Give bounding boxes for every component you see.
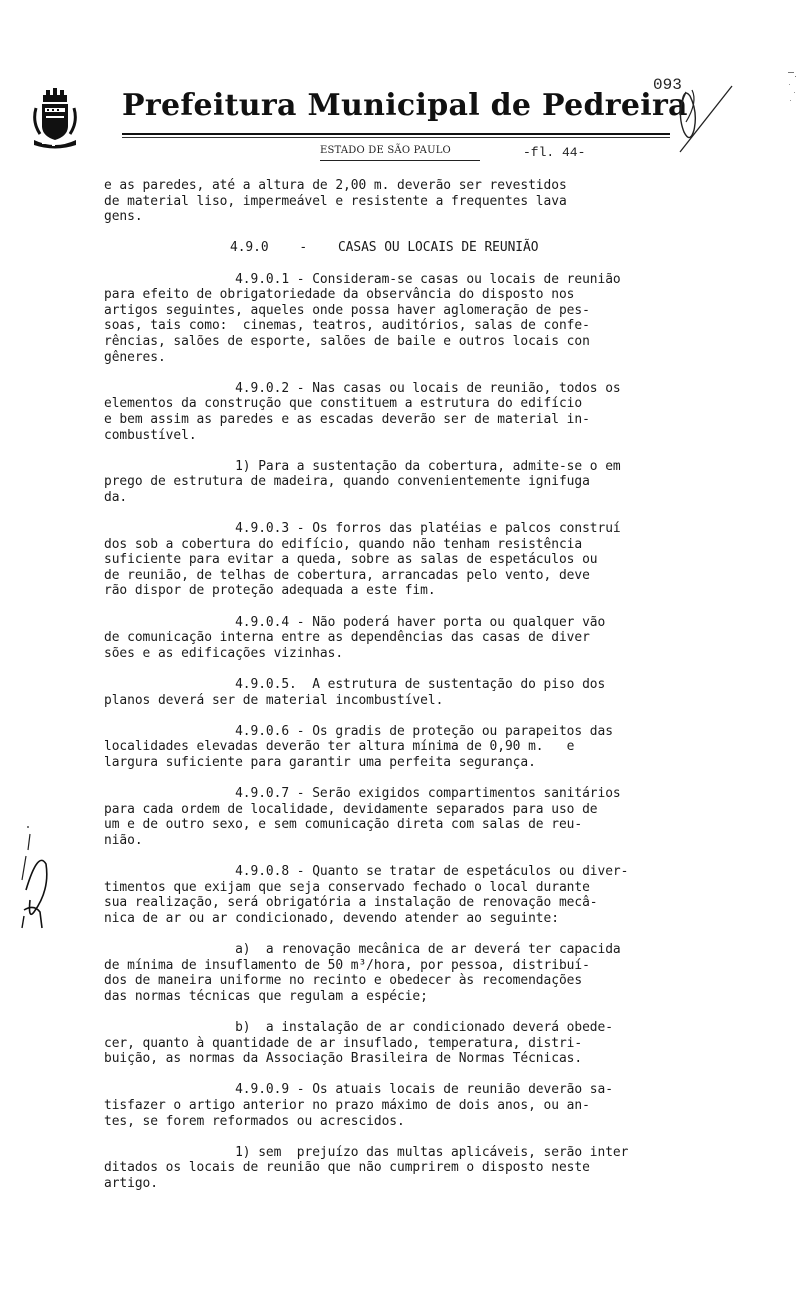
line: 4.9.0.4 - Não poderá haver porta ou qual… — [104, 615, 605, 630]
paragraph-continuation: e as paredes, até a altura de 2,00 m. de… — [104, 178, 724, 225]
paragraph-4-9-0-6: 4.9.0.6 - Os gradis de proteção ou parap… — [104, 724, 724, 771]
line: um e de outro sexo, e sem comunicação di… — [104, 817, 582, 832]
line: de comunicação interna entre as dependên… — [104, 630, 590, 645]
paragraph-4-9-0-2: 4.9.0.2 - Nas casas ou locais de reunião… — [104, 381, 724, 443]
state-subtitle: ESTADO DE SÃO PAULO — [320, 145, 451, 156]
line: artigos seguintes, aqueles onde possa ha… — [104, 303, 590, 318]
line: suficiente para evitar a queda, sobre as… — [104, 552, 598, 567]
paragraph-4-9-0-8-a: a) a renovação mecânica de ar deverá ter… — [104, 942, 724, 1004]
line: 4.9.0.1 - Consideram-se casas ou locais … — [104, 272, 621, 287]
line: sões e as edificações vizinhas. — [104, 646, 343, 661]
paragraph-4-9-0-9-item-1: 1) sem prejuízo das multas aplicáveis, s… — [104, 1145, 724, 1192]
line: dos de maneira uniforme no recinto e obe… — [104, 973, 582, 988]
line: de material liso, impermeável e resisten… — [104, 194, 567, 209]
line: rão dispor de proteção adequada a este f… — [104, 583, 436, 598]
line: buição, as normas da Associação Brasilei… — [104, 1051, 582, 1066]
folio-number: -fl. 44- — [523, 145, 585, 160]
line: soas, tais como: cinemas, teatros, audit… — [104, 318, 590, 333]
subtitle-underline — [320, 160, 480, 161]
line: de reunião, de telhas de cobertura, arra… — [104, 568, 590, 583]
line: tes, se forem reformados ou acrescidos. — [104, 1114, 405, 1129]
line: elementos da construção que constituem a… — [104, 396, 582, 411]
line: gens. — [104, 209, 143, 224]
document-body: e as paredes, até a altura de 2,00 m. de… — [104, 178, 724, 1207]
line: 4.9.0.6 - Os gradis de proteção ou parap… — [104, 724, 613, 739]
line: das normas técnicas que regulam a espéci… — [104, 989, 428, 1004]
signature-mark-icon — [672, 82, 734, 154]
paragraph-4-9-0-4: 4.9.0.4 - Não poderá haver porta ou qual… — [104, 615, 724, 662]
line: para efeito de obrigatoriedade da observ… — [104, 287, 574, 302]
line: nião. — [104, 833, 143, 848]
paragraph-4-9-0-2-item-1: 1) Para a sustentação da cobertura, admi… — [104, 459, 724, 506]
line: ditados os locais de reunião que não cum… — [104, 1160, 590, 1175]
line: sua realização, será obrigatória a insta… — [104, 895, 598, 910]
line: gêneres. — [104, 350, 166, 365]
line: 4.9.0.7 - Serão exigidos compartimentos … — [104, 786, 621, 801]
line: 4.9.0.8 - Quanto se tratar de espetáculo… — [104, 864, 628, 879]
line: para cada ordem de localidade, devidamen… — [104, 802, 598, 817]
line: 4.9.0.2 - Nas casas ou locais de reunião… — [104, 381, 621, 396]
paragraph-4-9-0-8: 4.9.0.8 - Quanto se tratar de espetáculo… — [104, 864, 724, 926]
paragraph-4-9-0-9: 4.9.0.9 - Os atuais locais de reunião de… — [104, 1082, 724, 1129]
line: rências, salões de esporte, salões de ba… — [104, 334, 590, 349]
line: cer, quanto à quantidade de ar insuflado… — [104, 1036, 582, 1051]
line: combustível. — [104, 428, 197, 443]
scan-artifact-icon — [786, 70, 798, 110]
line: nica de ar ou ar condicionado, devendo a… — [104, 911, 559, 926]
line: dos sob a cobertura do edifício, quando … — [104, 537, 582, 552]
margin-initials-icon — [8, 820, 58, 935]
paragraph-4-9-0-8-b: b) a instalação de ar condicionado dever… — [104, 1020, 724, 1067]
paragraph-4-9-0-5: 4.9.0.5. A estrutura de sustentação do p… — [104, 677, 724, 708]
line: e bem assim as paredes e as escadas deve… — [104, 412, 590, 427]
line: 1) sem prejuízo das multas aplicáveis, s… — [104, 1145, 628, 1160]
line: b) a instalação de ar condicionado dever… — [104, 1020, 613, 1035]
line: artigo. — [104, 1176, 158, 1191]
line: 4.9.0.3 - Os forros das platéias e palco… — [104, 521, 621, 536]
line: da. — [104, 490, 127, 505]
line: planos deverá ser de material incombustí… — [104, 693, 443, 708]
line: e as paredes, até a altura de 2,00 m. de… — [104, 178, 567, 193]
paragraph-4-9-0-3: 4.9.0.3 - Os forros das platéias e palco… — [104, 521, 724, 599]
line: 4.9.0.9 - Os atuais locais de reunião de… — [104, 1082, 613, 1097]
line: prego de estrutura de madeira, quando co… — [104, 474, 590, 489]
line: a) a renovação mecânica de ar deverá ter… — [104, 942, 621, 957]
header-rule — [122, 133, 670, 135]
section-heading: 4.9.0 - CASAS OU LOCAIS DE REUNIÃO — [104, 240, 724, 256]
line: de mínima de insuflamento de 50 m³/hora,… — [104, 958, 590, 973]
paragraph-4-9-0-1: 4.9.0.1 - Consideram-se casas ou locais … — [104, 272, 724, 366]
line: largura suficiente para garantir uma per… — [104, 755, 536, 770]
page-title: Prefeitura Municipal de Pedreira — [122, 88, 688, 123]
line: tisfazer o artigo anterior no prazo máxi… — [104, 1098, 590, 1113]
line: 1) Para a sustentação da cobertura, admi… — [104, 459, 621, 474]
line: timentos que exijam que seja conservado … — [104, 880, 590, 895]
header-rule-thin — [122, 137, 670, 138]
coat-of-arms-icon — [30, 88, 80, 150]
paragraph-4-9-0-7: 4.9.0.7 - Serão exigidos compartimentos … — [104, 786, 724, 848]
line: 4.9.0.5. A estrutura de sustentação do p… — [104, 677, 605, 692]
line: localidades elevadas deverão ter altura … — [104, 739, 574, 754]
